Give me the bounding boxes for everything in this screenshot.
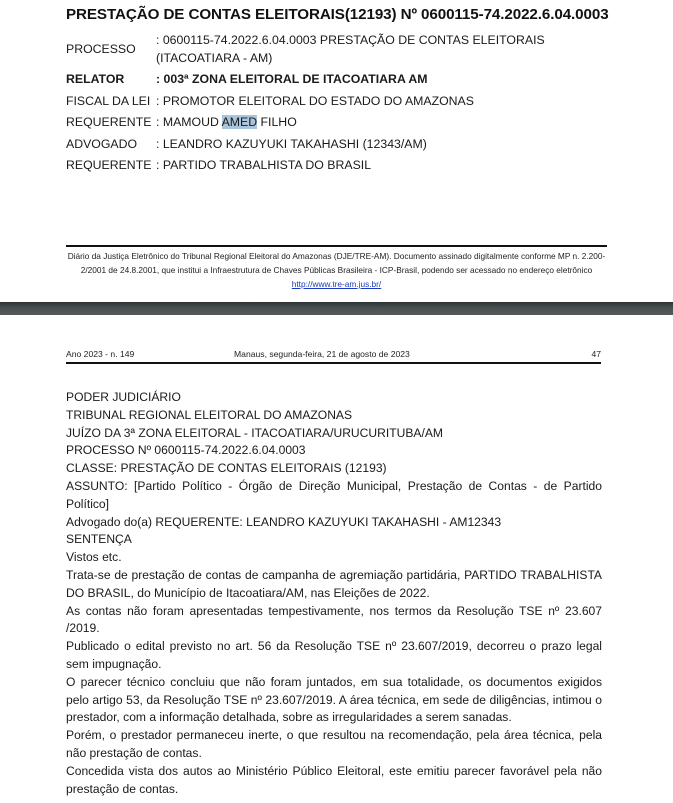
meta-label: RELATOR <box>66 71 156 89</box>
paragraph-sentenca: SENTENÇA <box>66 531 602 549</box>
meta-row-requerente: REQUERENTE : MAMOUD AMED FILHO <box>66 114 606 132</box>
sentence-body: PODER JUDICIÁRIO TRIBUNAL REGIONAL ELEIT… <box>66 389 602 798</box>
meta-value: : 0600115-74.2022.6.04.0003 PRESTAÇÃO DE… <box>156 32 606 67</box>
heading-line: JUÍZO DA 3ª ZONA ELEITORAL - ITACOATIARA… <box>66 425 602 443</box>
highlighted-selection[interactable]: AMED <box>222 115 258 129</box>
document-page-top: PRESTAÇÃO DE CONTAS ELEITORAIS(12193) Nº… <box>0 0 673 302</box>
publication-date: Manaus, segunda-feira, 21 de agosto de 2… <box>234 349 410 359</box>
meta-label: PROCESSO <box>66 41 156 59</box>
meta-value: : PROMOTOR ELEITORAL DO ESTADO DO AMAZON… <box>156 93 606 111</box>
meta-label: REQUERENTE <box>66 157 156 175</box>
digital-signature-footer: Diário da Justiça Eletrônico do Tribunal… <box>60 249 613 291</box>
page-number: 47 <box>591 349 601 359</box>
meta-row-relator: RELATOR : 003ª ZONA ELEITORAL DE ITACOAT… <box>66 71 606 89</box>
meta-row-requerente-2: REQUERENTE : PARTIDO TRABALHISTA DO BRAS… <box>66 157 606 175</box>
heading-line: PODER JUDICIÁRIO <box>66 389 602 407</box>
meta-value: : MAMOUD AMED FILHO <box>156 114 606 132</box>
paragraph: O parecer técnico concluiu que não foram… <box>66 674 602 727</box>
meta-value-text: FILHO <box>257 115 297 129</box>
paragraph-advogado: Advogado do(a) REQUERENTE: LEANDRO KAZUY… <box>66 514 602 532</box>
paragraph: Publicado o edital previsto no art. 56 d… <box>66 638 602 674</box>
heading-line: TRIBUNAL REGIONAL ELEITORAL DO AMAZONAS <box>66 407 602 425</box>
heading-line: PROCESSO Nº 0600115-74.2022.6.04.0003 <box>66 442 602 460</box>
paragraph: Porém, o prestador permaneceu inerte, o … <box>66 727 602 763</box>
process-metadata-table: PROCESSO : 0600115-74.2022.6.04.0003 PRE… <box>66 32 606 179</box>
paragraph: Trata-se de prestação de contas de campa… <box>66 567 602 603</box>
meta-row-processo: PROCESSO : 0600115-74.2022.6.04.0003 PRE… <box>66 32 606 67</box>
tre-am-link[interactable]: http://www.tre-am.jus.br/ <box>292 279 381 289</box>
meta-label: ADVOGADO <box>66 136 156 154</box>
paragraph: As contas não foram apresentadas tempest… <box>66 603 602 639</box>
meta-row-fiscal-da-lei: FISCAL DA LEI : PROMOTOR ELEITORAL DO ES… <box>66 93 606 111</box>
meta-label: FISCAL DA LEI <box>66 93 156 111</box>
edition-number: Ano 2023 - n. 149 <box>66 349 134 359</box>
meta-value: : 003ª ZONA ELEITORAL DE ITACOATIARA AM <box>156 71 606 89</box>
running-header: Ano 2023 - n. 149 Manaus, segunda-feira,… <box>66 349 601 359</box>
paragraph-assunto: ASSUNTO: [Partido Político - Órgão de Di… <box>66 478 602 514</box>
document-title: PRESTAÇÃO DE CONTAS ELEITORAIS(12193) Nº… <box>66 6 609 23</box>
meta-value-text: : MAMOUD <box>156 115 222 129</box>
heading-line: CLASSE: PRESTAÇÃO DE CONTAS ELEITORAIS (… <box>66 460 602 478</box>
paragraph: Concedida vista dos autos ao Ministério … <box>66 763 602 799</box>
meta-value: : PARTIDO TRABALHISTA DO BRASIL <box>156 157 606 175</box>
paragraph-vistos: Vistos etc. <box>66 549 602 567</box>
meta-label: REQUERENTE <box>66 114 156 132</box>
page-separator <box>0 302 673 315</box>
meta-row-advogado: ADVOGADO : LEANDRO KAZUYUKI TAKAHASHI (1… <box>66 136 606 154</box>
footer-divider <box>66 245 607 247</box>
header-divider <box>66 362 601 364</box>
footer-text: Diário da Justiça Eletrônico do Tribunal… <box>68 251 606 275</box>
meta-value: : LEANDRO KAZUYUKI TAKAHASHI (12343/AM) <box>156 136 606 154</box>
